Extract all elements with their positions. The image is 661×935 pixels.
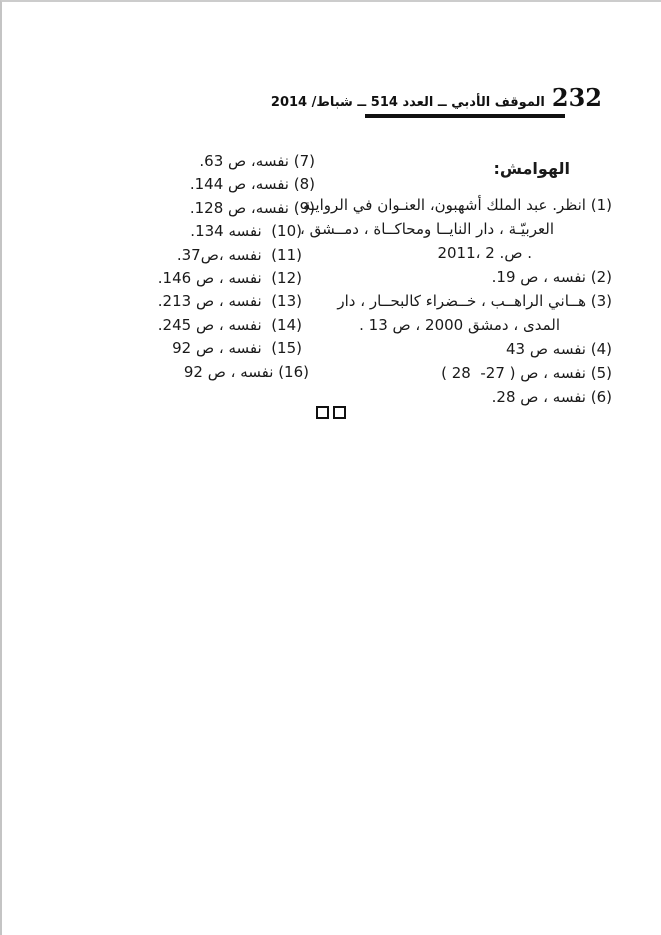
footnote-line: (5) نفسه ، ص ( 27- 28 ) (344, 361, 612, 385)
footnote-line: (12) نفسه ، ص 146. (158, 267, 315, 290)
footnote-line: المدى ، دمشق 2000 ، ص 13 . (344, 313, 612, 337)
journal-issue-title: الموقف الأدبي ــ العدد 514 ــ شباط/ 2014 (271, 95, 545, 110)
footnote-line: (3) هــاني الراهــب ، خــضراء كالبحــار … (344, 289, 612, 313)
footnote-line: (4) نفسه ص 43 (344, 337, 612, 361)
footnotes-column-left: (7) نفسه، ص 63. (8) نفسه، ص 144. (9) نفس… (158, 150, 315, 384)
end-of-article-mark (316, 406, 346, 419)
footnote-line: (2) نفسه ، ص 19. (344, 265, 612, 289)
footnote-line: (13) نفسه ، ص 213. (158, 290, 315, 313)
footnote-line: (9) نفسه، ص 128. (158, 197, 315, 220)
page-number: 232 (552, 86, 602, 110)
page-header: الموقف الأدبي ــ العدد 514 ــ شباط/ 2014… (271, 86, 602, 110)
footnotes-column-right: (1) انظر. عبد الملك أشهبون، العنـوان في … (344, 193, 612, 409)
footnote-line: (15) نفسه ، ص 92 (158, 337, 315, 360)
footnote-line: (6) نفسه ، ص 28. (344, 385, 612, 409)
footnote-line: 2011، ص. 2 . (344, 241, 612, 265)
footnote-line: (14) نفسه ، ص 245. (158, 314, 315, 337)
end-mark-square-icon (316, 406, 329, 419)
header-rule (365, 114, 565, 118)
footnotes-heading: الهوامش: (494, 159, 571, 178)
footnote-line: (16) نفسه ، ص 92 (158, 361, 315, 384)
scanned-journal-page: الموقف الأدبي ــ العدد 514 ــ شباط/ 2014… (0, 0, 661, 935)
footnote-line: (1) انظر. عبد الملك أشهبون، العنـوان في … (344, 193, 612, 217)
footnote-line: (11) نفسه ،ص37. (158, 244, 315, 267)
end-mark-square-icon (333, 406, 346, 419)
footnote-line: (10) نفسه 134. (158, 220, 315, 243)
footnote-line: (8) نفسه، ص 144. (158, 173, 315, 196)
footnote-line: (7) نفسه، ص 63. (158, 150, 315, 173)
footnote-line: العربيّـة ، دار النايــا ومحاكــاة ، دمـ… (344, 217, 612, 241)
